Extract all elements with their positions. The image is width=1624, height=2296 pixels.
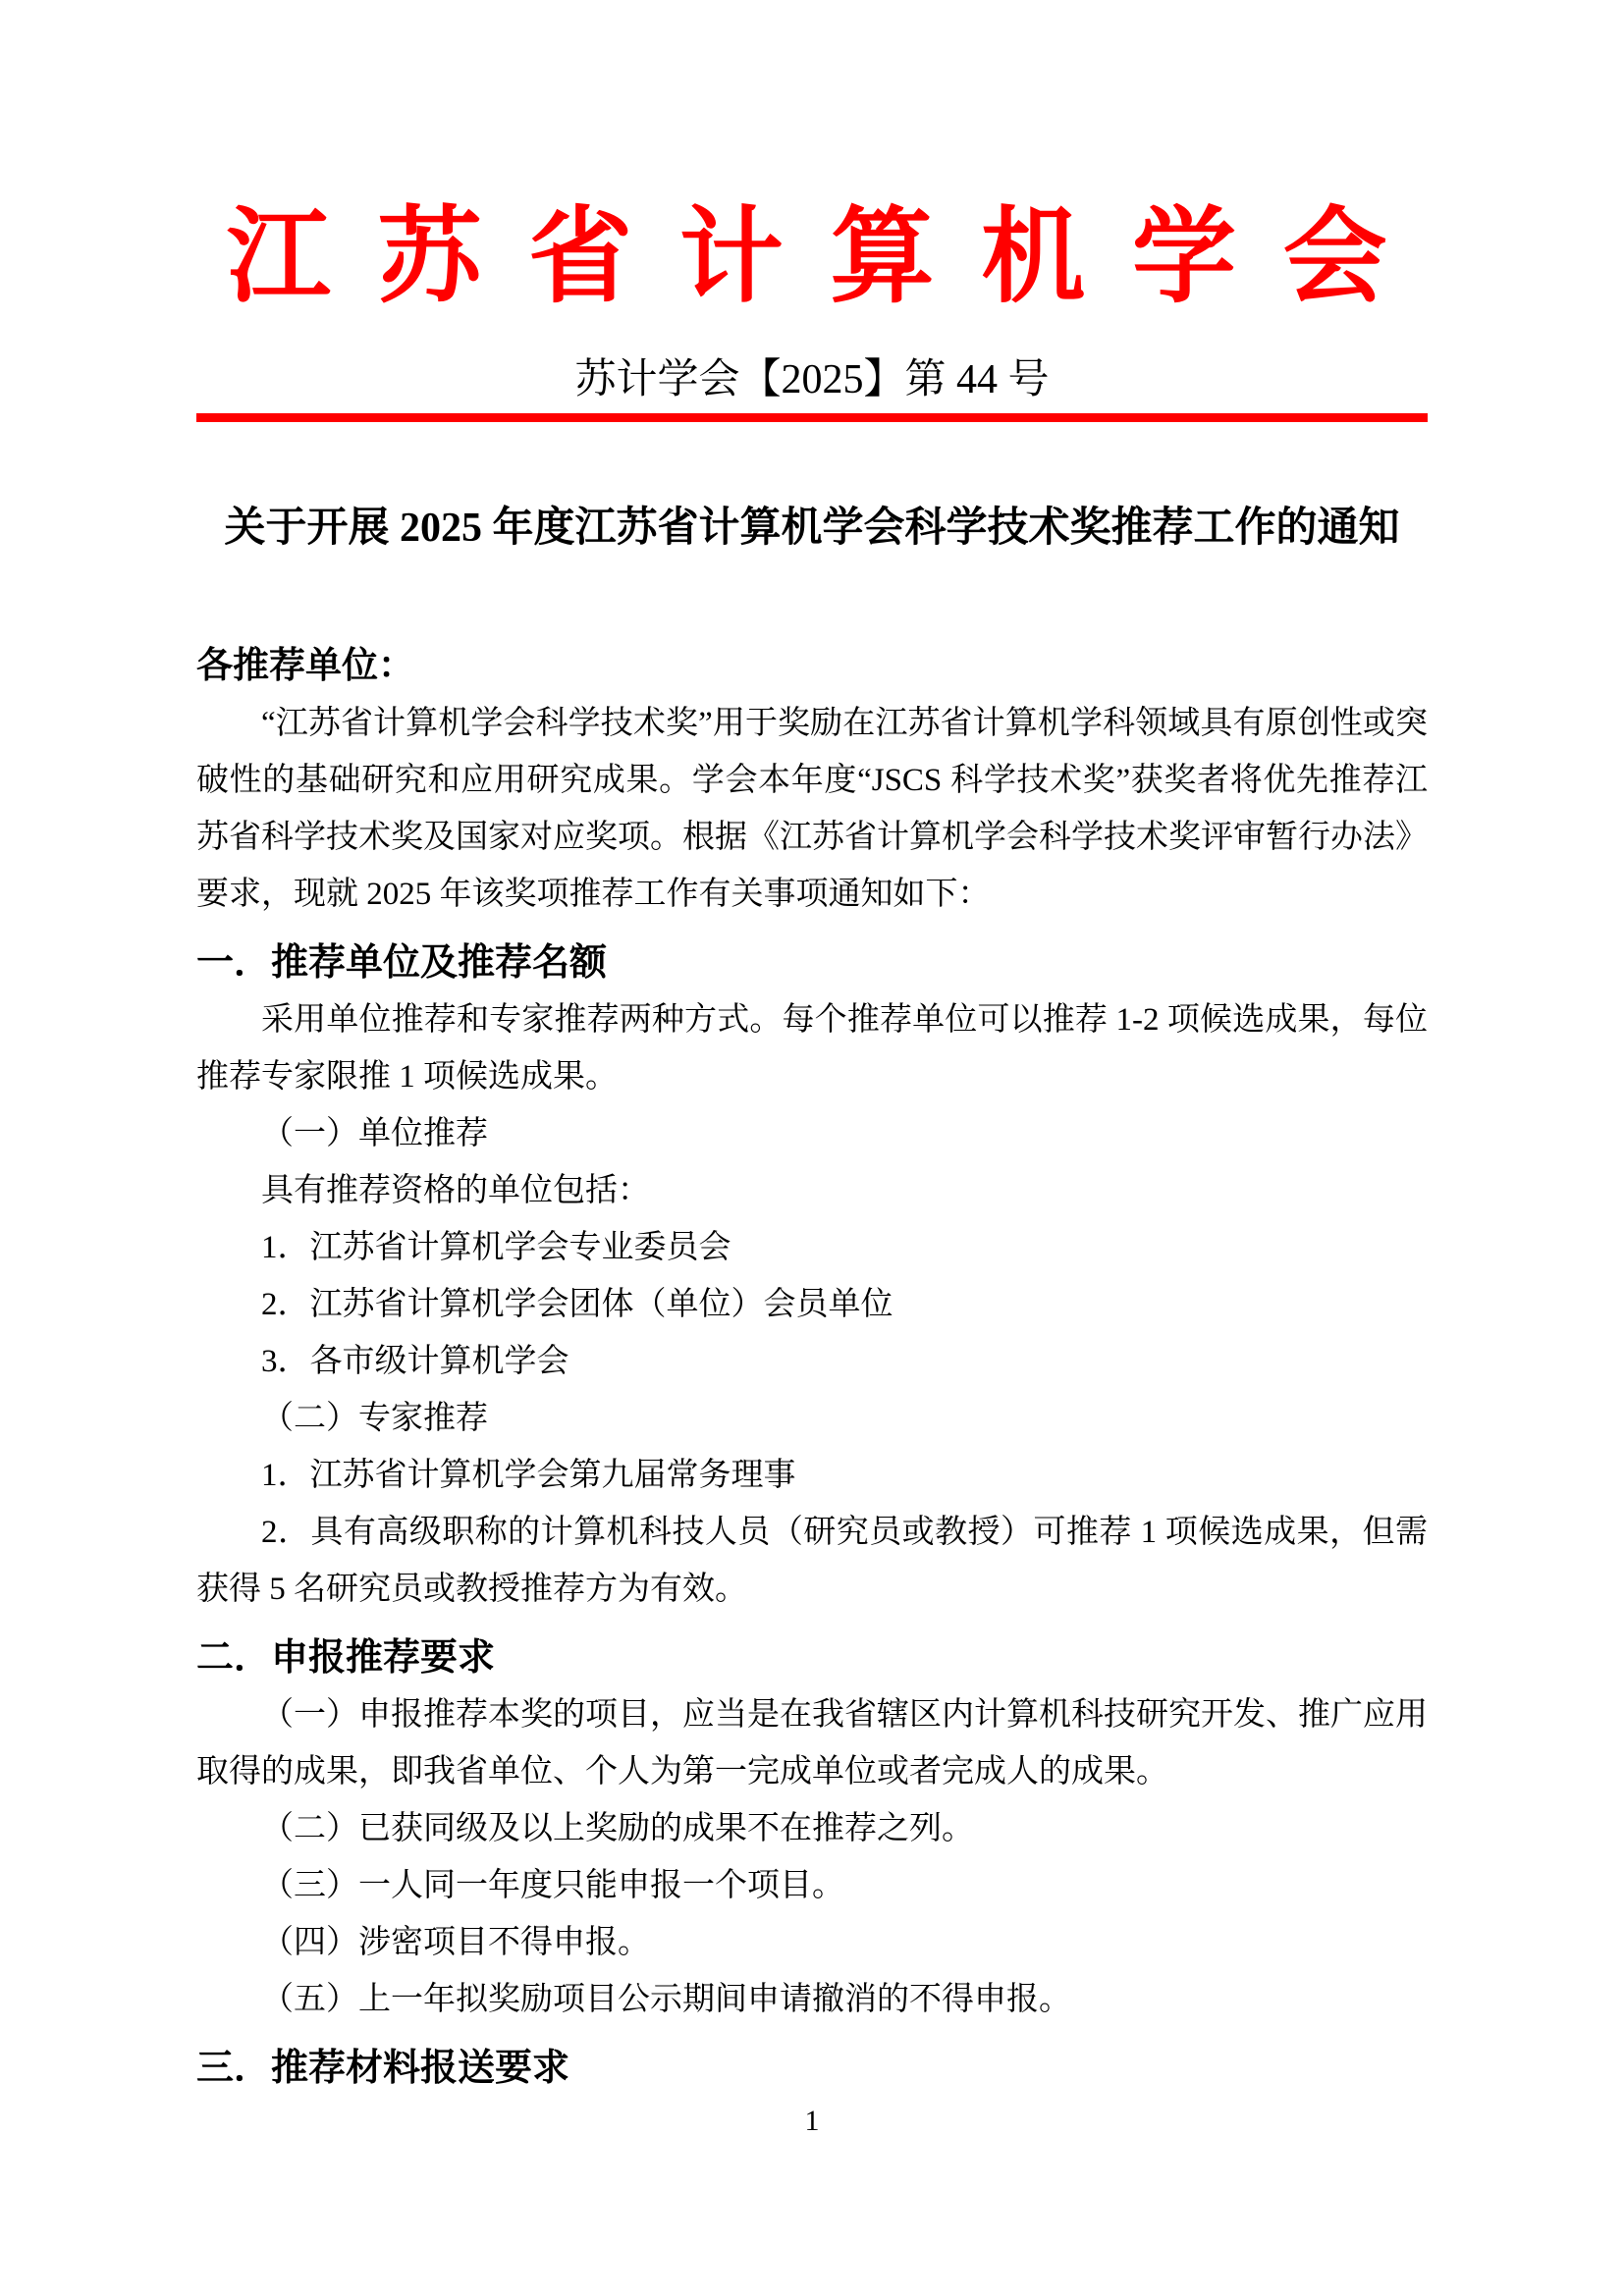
section-1-paragraph: （一）单位推荐: [196, 1105, 1428, 1162]
section-2-paragraph: （五）上一年拟奖励项目公示期间申请撤消的不得申报。: [196, 1971, 1428, 2028]
section-heading-2: 二．申报推荐要求: [196, 1629, 1428, 1686]
section-heading-1: 一．推荐单位及推荐名额: [196, 934, 1428, 991]
section-2-paragraph: （四）涉密项目不得申报。: [196, 1914, 1428, 1971]
intro-paragraph: “江苏省计算机学会科学技术奖”用于奖励在江苏省计算机学科领域具有原创性或突破性的…: [196, 695, 1428, 923]
page-number: 1: [0, 2107, 1624, 2136]
salutation: 各推荐单位：: [196, 638, 1428, 695]
section-2-paragraph: （二）已获同级及以上奖励的成果不在推荐之列。: [196, 1800, 1428, 1857]
document-page: 江 苏 省 计 算 机 学 会 苏计学会【2025】第 44 号 关于开展 20…: [0, 0, 1624, 2296]
section-heading-3: 三．推荐材料报送要求: [196, 2040, 1428, 2097]
letterhead-org-name: 江 苏 省 计 算 机 学 会: [0, 201, 1624, 316]
section-1-paragraph: 2．具有高级职称的计算机科技人员（研究员或教授）可推荐 1 项候选成果，但需获得…: [196, 1504, 1428, 1618]
section-1-paragraph: 1．江苏省计算机学会专业委员会: [196, 1219, 1428, 1276]
section-2-paragraph: （三）一人同一年度只能申报一个项目。: [196, 1857, 1428, 1914]
section-1-paragraph: （二）专家推荐: [196, 1390, 1428, 1447]
document-body: 各推荐单位： “江苏省计算机学会科学技术奖”用于奖励在江苏省计算机学科领域具有原…: [196, 638, 1428, 2097]
section-1-paragraph: 采用单位推荐和专家推荐两种方式。每个推荐单位可以推荐 1-2 项候选成果，每位推…: [196, 991, 1428, 1105]
letterhead-doc-number: 苏计学会【2025】第 44 号: [0, 359, 1624, 400]
section-1-paragraph: 具有推荐资格的单位包括：: [196, 1162, 1428, 1219]
section-1-paragraph: 1．江苏省计算机学会第九届常务理事: [196, 1447, 1428, 1504]
section-1-paragraph: 3．各市级计算机学会: [196, 1333, 1428, 1390]
section-1-paragraph: 2．江苏省计算机学会团体（单位）会员单位: [196, 1276, 1428, 1333]
document-title: 关于开展 2025 年度江苏省计算机学会科学技术奖推荐工作的通知: [196, 505, 1428, 552]
section-2-paragraph: （一）申报推荐本奖的项目，应当是在我省辖区内计算机科技研究开发、推广应用取得的成…: [196, 1686, 1428, 1800]
letterhead-red-rule: [196, 413, 1428, 422]
